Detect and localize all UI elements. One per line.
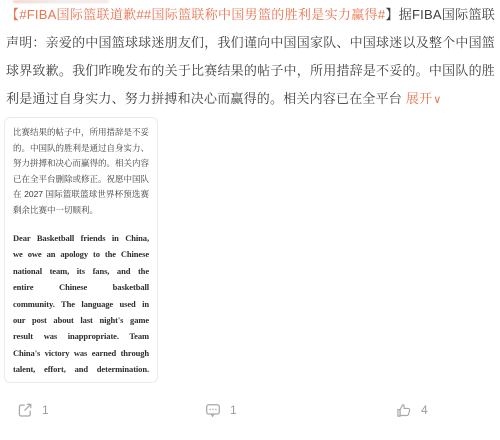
like-button[interactable]: 4 bbox=[395, 399, 428, 421]
repost-icon bbox=[16, 401, 34, 419]
repost-count: 1 bbox=[42, 401, 49, 419]
repost-button[interactable]: 1 bbox=[16, 399, 49, 421]
statement-image[interactable]: 比赛结果的帖子中，所用措辞是不妥的。中国队的胜利是通过自身实力、努力拼搏和决心而… bbox=[4, 117, 158, 383]
comment-count: 1 bbox=[230, 401, 237, 419]
comment-icon bbox=[204, 401, 222, 419]
statement-chinese-paragraph: 比赛结果的帖子中，所用措辞是不妥的。中国队的胜利是通过自身实力、努力拼搏和决心而… bbox=[13, 125, 149, 218]
statement-english-paragraph: Dear Basketball friends in China,we owe … bbox=[13, 230, 149, 378]
hashtag-link[interactable]: 【#FIBA国际篮联道歉##国际篮联称中国男篮的胜利是实力赢得# bbox=[6, 7, 385, 22]
like-icon bbox=[395, 401, 413, 419]
like-count: 4 bbox=[421, 401, 428, 419]
post-body: 【#FIBA国际篮联道歉##国际篮联称中国男篮的胜利是实力赢得#】据FIBA国际… bbox=[6, 1, 495, 114]
comment-button[interactable]: 1 bbox=[204, 399, 237, 421]
chevron-down-icon: ∨ bbox=[433, 94, 441, 106]
expand-link-label: 展开 bbox=[406, 91, 432, 106]
expand-link[interactable]: 展开∨ bbox=[406, 91, 442, 106]
